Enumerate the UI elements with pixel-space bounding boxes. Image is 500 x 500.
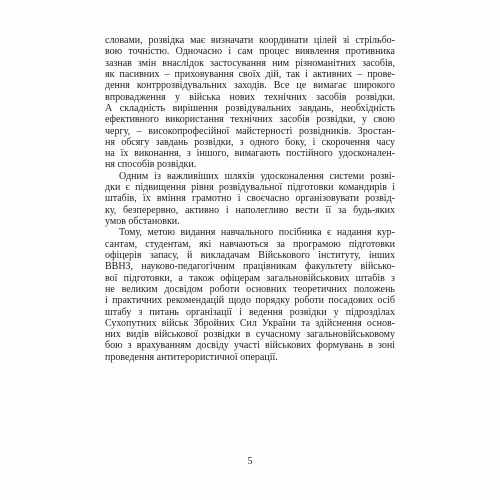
text-line: дки є підвищення рівня розвідувальної пі… bbox=[105, 182, 395, 193]
page-text: словами, розвідка має визначати координа… bbox=[105, 35, 395, 363]
text-line: Сухопутних військ Збройних Сил України т… bbox=[105, 318, 395, 329]
text-line: Тому, метою видання навчального посібник… bbox=[105, 227, 395, 238]
text-line: на їх виконання, з іншого, вимагають пос… bbox=[105, 148, 395, 159]
text-line: ня способів розвідки. bbox=[105, 159, 395, 170]
text-line: штабу з питань організації і ведення роз… bbox=[105, 307, 395, 318]
text-line: чергу, – високопрофесійної майстерності … bbox=[105, 126, 395, 137]
text-line: проведення антитерористичної операції. bbox=[105, 352, 395, 363]
text-line: дення контррозвідувальних заходів. Все ц… bbox=[105, 80, 395, 91]
book-page: словами, розвідка має визначати координа… bbox=[0, 0, 500, 500]
text-line: вою точністю. Одночасно і сам процес вия… bbox=[105, 46, 395, 57]
text-line: ня обсягу завдань розвідки, з одного бок… bbox=[105, 137, 395, 148]
text-line: словами, розвідка має визначати координа… bbox=[105, 35, 395, 46]
text-line: них видів військової розвідки в сучасном… bbox=[105, 329, 395, 340]
page-number: 5 bbox=[105, 456, 395, 467]
text-line: офіцерів запасу, й викладачам Військовог… bbox=[105, 250, 395, 261]
text-line: А складність вирішення розвідувальних за… bbox=[105, 103, 395, 114]
text-line: зазнав змін внаслідок застосування ним р… bbox=[105, 58, 395, 69]
text-line: і практичних рекомендацій щодо порядку р… bbox=[105, 295, 395, 306]
text-line: ВВНЗ, науково-педагогічним працівникам ф… bbox=[105, 261, 395, 272]
text-line: вої підготовки, а також офіцерам загальн… bbox=[105, 273, 395, 284]
text-line: як пасивних – приховування своїх дій, та… bbox=[105, 69, 395, 80]
text-line: ку, безперервно, активно і наполегливо в… bbox=[105, 205, 395, 216]
text-line: не великим досвідом роботи основних теор… bbox=[105, 284, 395, 295]
text-line: бою з врахуванням досвіду участі військо… bbox=[105, 340, 395, 351]
text-line: сантам, студентам, які навчаються за про… bbox=[105, 239, 395, 250]
text-line: ефективного використання технічних засоб… bbox=[105, 114, 395, 125]
text-line: впровадження у війська нових технічних з… bbox=[105, 92, 395, 103]
text-line: умов обстановки. bbox=[105, 216, 395, 227]
text-line: штабів, їх вміння грамотно і своєчасно о… bbox=[105, 193, 395, 204]
text-line: Одним із важливіших шляхів удосконалення… bbox=[105, 171, 395, 182]
